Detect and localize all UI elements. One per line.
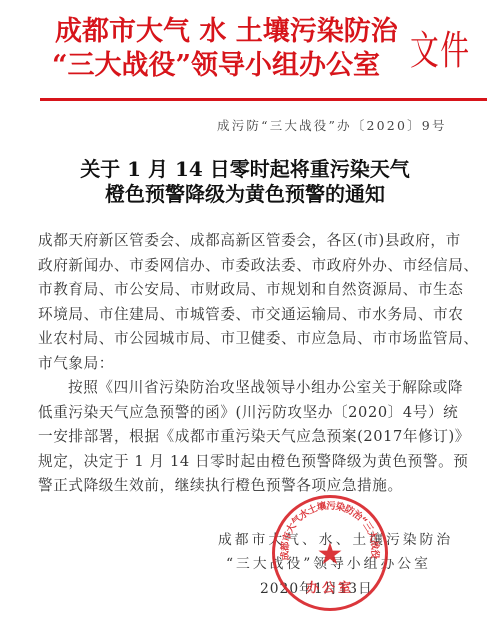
- official-seal: 成都市大气水土壤污染防治“三大战役”领导小组 ★ 办公室: [272, 495, 388, 611]
- header-red-rule: [40, 98, 487, 101]
- document-title-line1: 关于 1 月 14 日零时起将重污染天气: [0, 157, 490, 182]
- document-title-line2: 橙色预警降级为黄色预警的通知: [0, 182, 490, 207]
- body-line: 警正式降级生效前，继续执行橙色预警各项应急措施。: [38, 474, 403, 499]
- recipients-line: 市教育局、市公安局、市财政局、市规划和自然资源局、市生态: [38, 278, 463, 303]
- body-line: 一安排部署，根据《成都市重污染天气应急预案(2017年修订)》: [38, 425, 470, 450]
- seal-bottom-text: 办公室: [306, 580, 354, 596]
- recipients-line: 业农村局、市公园城市局、市卫健委、市应急局、市市场监管局、: [38, 327, 479, 352]
- body-line: 低重污染天气应急预警的函》(川污防攻坚办〔2020〕4号）统: [38, 401, 458, 426]
- star-icon: ★: [317, 537, 344, 572]
- header-org-line2: “三大战役”领导小组办公室: [52, 50, 380, 82]
- recipients-line: 环境局、市住建局、市城管委、市交通运输局、市水务局、市农: [38, 303, 463, 328]
- header-org-line1: 成都市大气 水 土壤污染防治: [55, 16, 398, 48]
- seal-graphic: 成都市大气水土壤污染防治“三大战役”领导小组 ★ 办公室: [275, 498, 385, 608]
- document-number: 成污防“三大战役”办〔2020〕9号: [217, 117, 447, 135]
- recipients-line: 市气象局：: [38, 352, 114, 377]
- body-line: 按照《四川省污染防治攻坚战领导小组办公室关于解除或降: [68, 376, 463, 401]
- body-line: 规定，决定于 1 月 14 日零时起由橙色预警降级为黄色预警。预: [38, 450, 468, 475]
- recipients-line: 成都天府新区管委会、成都高新区管委会，各区(市)县政府，市: [38, 229, 461, 254]
- header-doc-type: 文件: [410, 23, 470, 79]
- recipients-line: 政府新闻办、市委网信办、市委政法委、市政府外办、市经信局、: [38, 254, 479, 279]
